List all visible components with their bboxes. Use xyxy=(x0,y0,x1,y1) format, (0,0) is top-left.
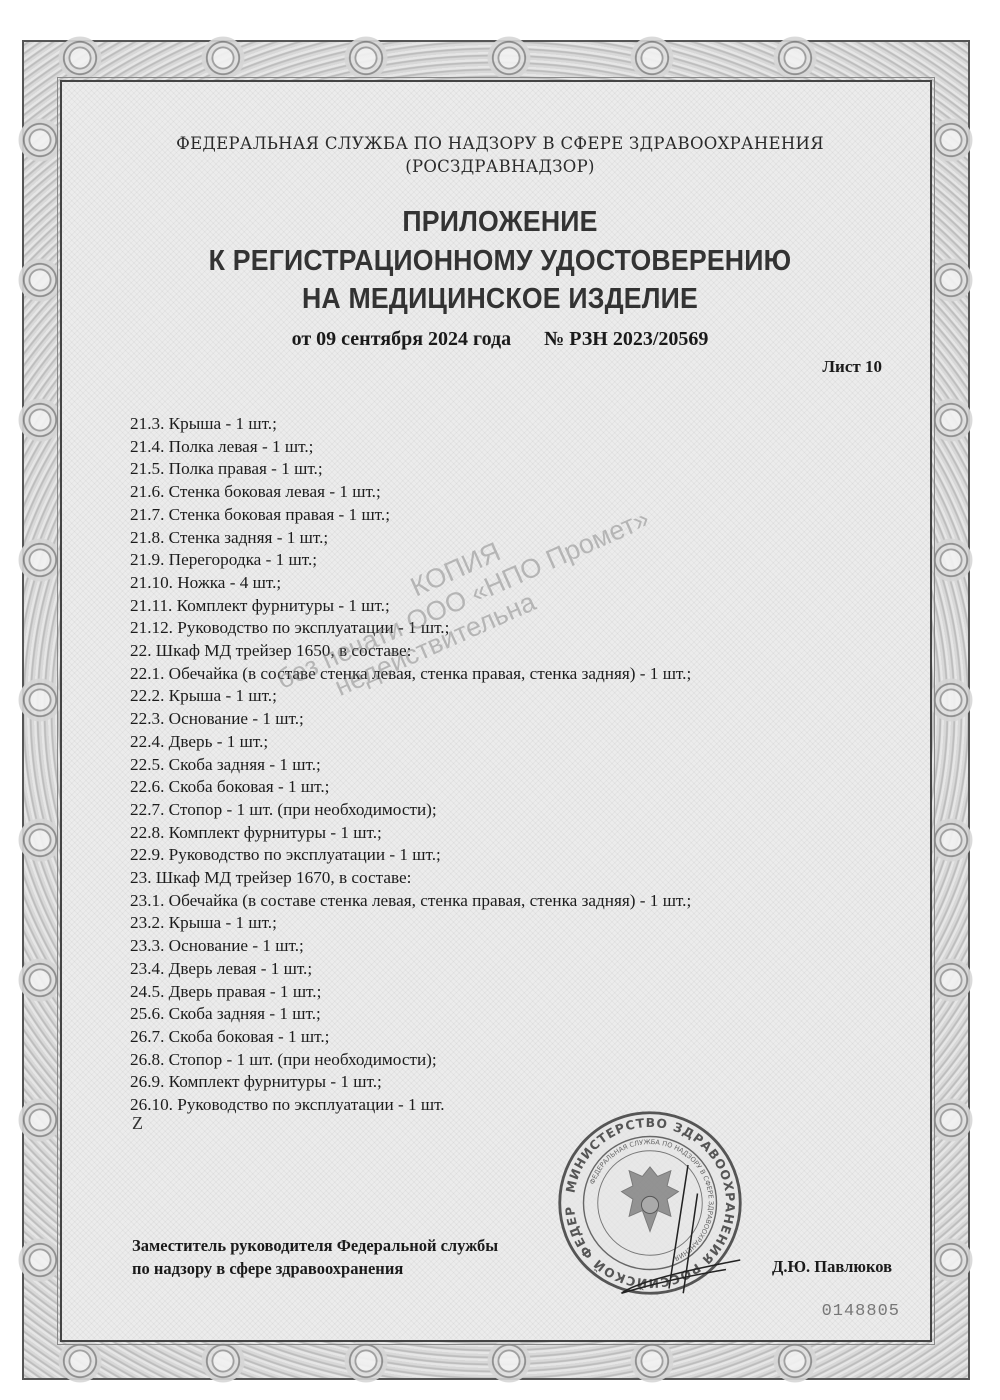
list-item: 25.6. Скоба задняя - 1 шт.; xyxy=(130,1003,691,1026)
ornament-icon xyxy=(18,678,62,722)
list-item: 23.4. Дверь левая - 1 шт.; xyxy=(130,958,691,981)
ornament-icon xyxy=(487,36,531,80)
ornament-icon xyxy=(344,1339,388,1383)
list-item: 26.9. Комплект фурнитуры - 1 шт.; xyxy=(130,1071,691,1094)
ornament-icon xyxy=(773,1339,817,1383)
ornament-icon xyxy=(18,818,62,862)
ornament-icon xyxy=(58,1339,102,1383)
ornament-icon xyxy=(18,958,62,1002)
signer-name: Д.Ю. Павлюков xyxy=(772,1257,892,1277)
list-item: 21.9. Перегородка - 1 шт.; xyxy=(130,549,691,572)
list-item: 26.7. Скоба боковая - 1 шт.; xyxy=(130,1026,691,1049)
list-item: 22.2. Крыша - 1 шт.; xyxy=(130,685,691,708)
list-item: 22.9. Руководство по эксплуатации - 1 шт… xyxy=(130,844,691,867)
list-item: 21.3. Крыша - 1 шт.; xyxy=(130,413,691,436)
list-item: 22.1. Обечайка (в составе стенка левая, … xyxy=(130,663,691,686)
list-item: 21.12. Руководство по эксплуатации - 1 ш… xyxy=(130,617,691,640)
ornament-icon xyxy=(929,398,973,442)
ornament-icon xyxy=(929,678,973,722)
component-list: 21.3. Крыша - 1 шт.;21.4. Полка левая - … xyxy=(130,413,691,1117)
list-item: 21.8. Стенка задняя - 1 шт.; xyxy=(130,527,691,550)
list-item: 21.6. Стенка боковая левая - 1 шт.; xyxy=(130,481,691,504)
ornament-icon xyxy=(929,958,973,1002)
date-number-line: от 09 сентября 2024 года № РЗН 2023/2056… xyxy=(0,328,1000,351)
end-mark: Z xyxy=(132,1113,143,1134)
ornament-icon xyxy=(18,1098,62,1142)
ornament-icon xyxy=(344,36,388,80)
document-subtitle-2: НА МЕДИЦИНСКОЕ ИЗДЕЛИЕ xyxy=(40,283,960,316)
official-seal-icon: МИНИСТЕРСТВО ЗДРАВООХРАНЕНИЯ РОССИЙСКОЙ … xyxy=(555,1108,745,1298)
agency-abbreviation: (РОСЗДРАВНАДЗОР) xyxy=(0,157,1000,176)
list-item: 21.4. Полка левая - 1 шт.; xyxy=(130,436,691,459)
ornament-icon xyxy=(929,538,973,582)
ornament-icon xyxy=(630,1339,674,1383)
list-item: 21.10. Ножка - 4 шт.; xyxy=(130,572,691,595)
agency-name: ФЕДЕРАЛЬНАЯ СЛУЖБА ПО НАДЗОРУ В СФЕРЕ ЗД… xyxy=(0,134,1000,153)
ornament-icon xyxy=(929,1238,973,1282)
list-item: 22.5. Скоба задняя - 1 шт.; xyxy=(130,754,691,777)
ornament-icon xyxy=(58,36,102,80)
list-item: 23.3. Основание - 1 шт.; xyxy=(130,935,691,958)
list-item: 22.3. Основание - 1 шт.; xyxy=(130,708,691,731)
registration-number: № РЗН 2023/20569 xyxy=(544,328,708,350)
list-item: 24.5. Дверь правая - 1 шт.; xyxy=(130,981,691,1004)
signer-title-line-2: по надзору в сфере здравоохранения xyxy=(132,1257,498,1280)
ornament-icon xyxy=(201,36,245,80)
document-subtitle-1: К РЕГИСТРАЦИОННОМУ УДОСТОВЕРЕНИЮ xyxy=(40,245,960,278)
list-item: 22.7. Стопор - 1 шт. (при необходимости)… xyxy=(130,799,691,822)
ornament-icon xyxy=(630,36,674,80)
ornament-icon xyxy=(773,36,817,80)
ornament-icon xyxy=(18,398,62,442)
sheet-number: Лист 10 xyxy=(822,357,882,377)
signer-title-line-1: Заместитель руководителя Федеральной слу… xyxy=(132,1234,498,1257)
ornament-icon xyxy=(18,538,62,582)
signer-title: Заместитель руководителя Федеральной слу… xyxy=(132,1234,498,1280)
serial-number: 0148805 xyxy=(822,1302,900,1321)
ornament-icon xyxy=(929,818,973,862)
list-item: 22.4. Дверь - 1 шт.; xyxy=(130,731,691,754)
list-item: 26.8. Стопор - 1 шт. (при необходимости)… xyxy=(130,1049,691,1072)
ornament-icon xyxy=(929,1098,973,1142)
ornament-icon xyxy=(18,1238,62,1282)
list-item: 21.11. Комплект фурнитуры - 1 шт.; xyxy=(130,595,691,618)
list-item: 23.1. Обечайка (в составе стенка левая, … xyxy=(130,890,691,913)
list-item: 21.7. Стенка боковая правая - 1 шт.; xyxy=(130,504,691,527)
list-item: 21.5. Полка правая - 1 шт.; xyxy=(130,458,691,481)
list-item: 23.2. Крыша - 1 шт.; xyxy=(130,912,691,935)
list-item: 23. Шкаф МД трейзер 1670, в составе: xyxy=(130,867,691,890)
document-title: ПРИЛОЖЕНИЕ xyxy=(40,206,960,239)
ornament-icon xyxy=(201,1339,245,1383)
ornament-icon xyxy=(487,1339,531,1383)
list-item: 22.8. Комплект фурнитуры - 1 шт.; xyxy=(130,822,691,845)
issue-date: от 09 сентября 2024 года xyxy=(292,328,512,350)
list-item: 22.6. Скоба боковая - 1 шт.; xyxy=(130,776,691,799)
list-item: 22. Шкаф МД трейзер 1650, в составе: xyxy=(130,640,691,663)
